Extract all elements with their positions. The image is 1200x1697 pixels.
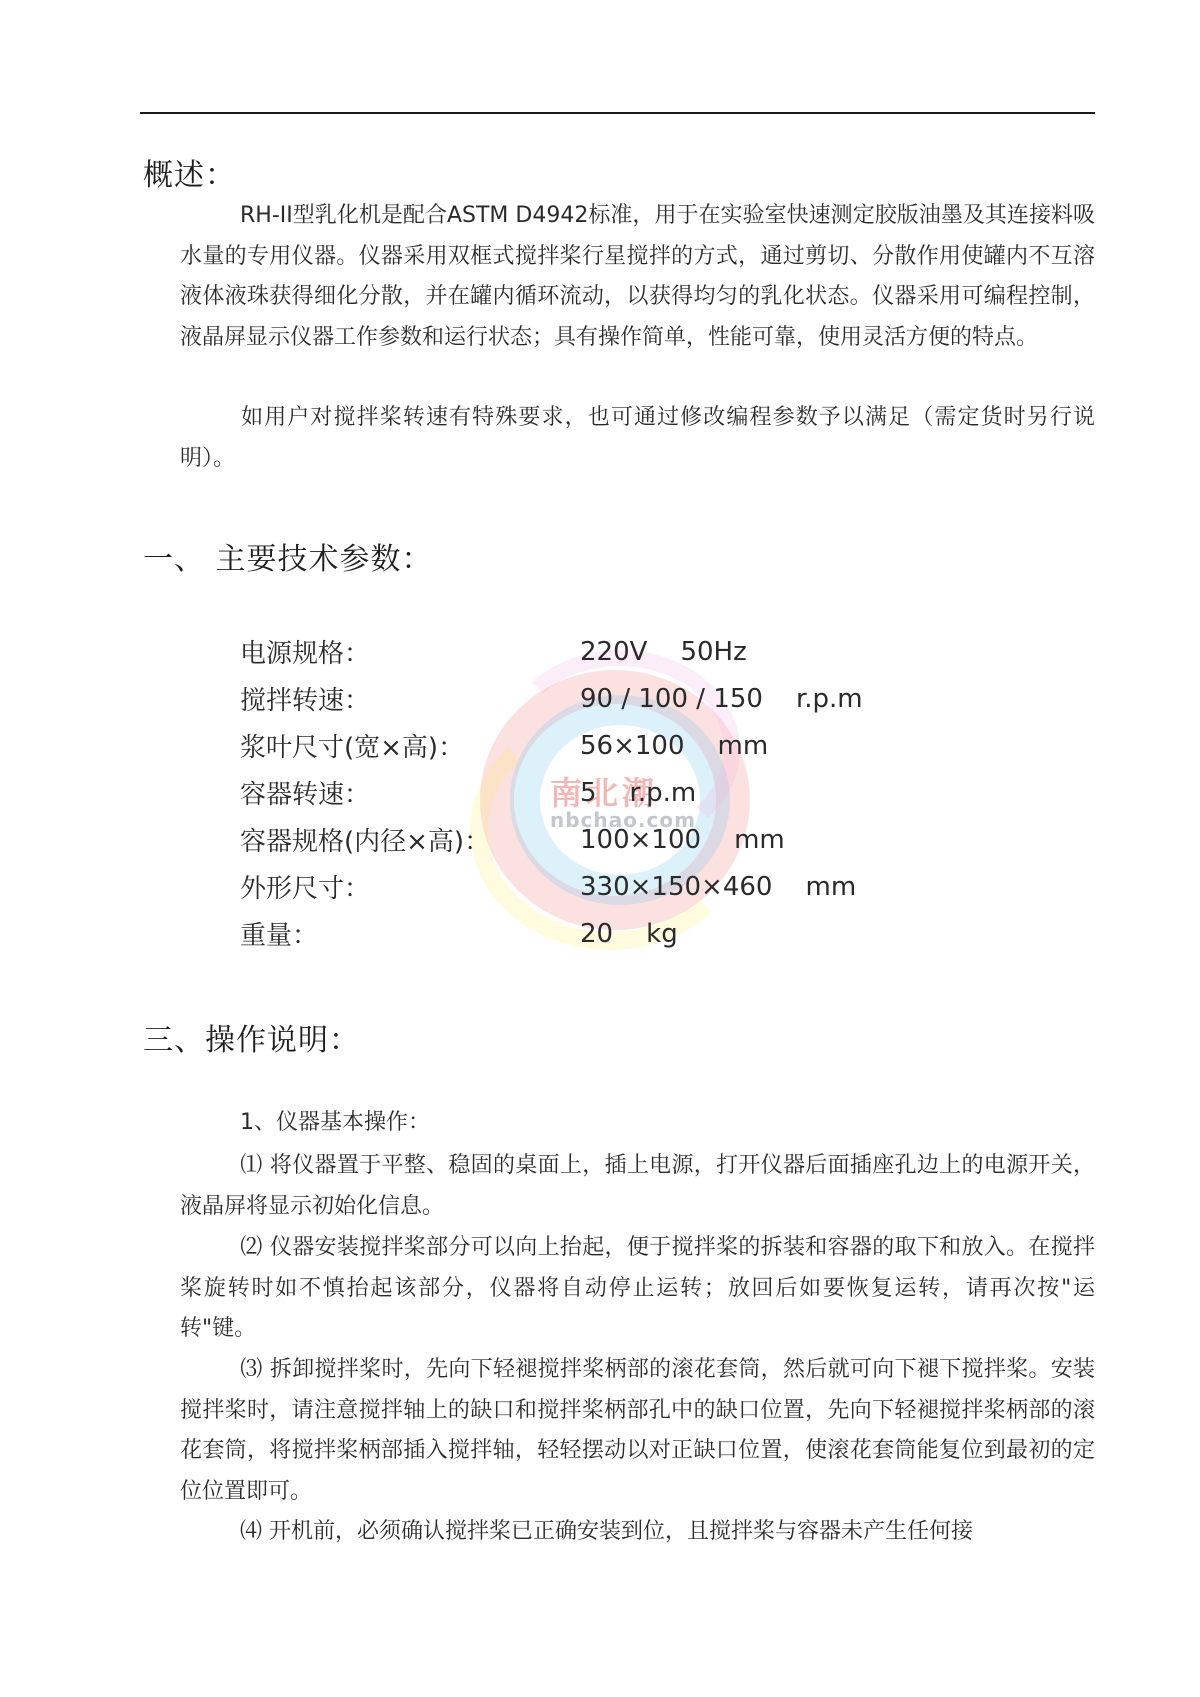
- overview-paragraph-1: RH-II型乳化机是配合ASTM D4942标准，用于在实验室快速测定胶版油墨及…: [180, 196, 1095, 358]
- operation-item-4: ⑷ 开机前，必须确认搅拌桨已正确安装到位，且搅拌桨与容器未产生任何接: [180, 1512, 1095, 1553]
- spec-row-power: 电源规格： 220V 50Hz: [240, 628, 940, 675]
- spec-row-container-size: 容器规格(内径×高)： 100×100 mm: [240, 816, 940, 863]
- spec-row-weight: 重量： 20 kg: [240, 910, 940, 957]
- spec-row-blade-size: 浆叶尺寸(宽×高)： 56×100 mm: [240, 722, 940, 769]
- spec-row-dimensions: 外形尺寸： 330×150×460 mm: [240, 863, 940, 910]
- overview-paragraph-2: 如用户对搅拌桨转速有特殊要求，也可通过修改编程参数予以满足（需定货时另行说明）。: [180, 398, 1095, 479]
- specs-table: 电源规格： 220V 50Hz 搅拌转速： 90 / 100 / 150 r.p…: [240, 628, 940, 957]
- spec-row-container-speed: 容器转速： 5 r.p.m: [240, 769, 940, 816]
- operation-subheading: 1、仪器基本操作：: [240, 1105, 430, 1136]
- operation-heading: 三、操作说明：: [143, 1015, 360, 1059]
- operation-item-1: ⑴ 将仪器置于平整、稳固的桌面上，插上电源，打开仪器后面插座孔边上的电源开关，液…: [180, 1146, 1095, 1227]
- overview-heading: 概述：: [143, 150, 236, 194]
- operation-item-2: ⑵ 仪器安装搅拌桨部分可以向上抬起，便于搅拌桨的拆装和容器的取下和放入。在搅拌桨…: [180, 1228, 1095, 1350]
- specs-heading: 一、 主要技术参数：: [143, 534, 433, 578]
- operation-item-3: ⑶ 拆卸搅拌桨时，先向下轻褪搅拌桨柄部的滚花套筒，然后就可向下褪下搅拌桨。安装搅…: [180, 1350, 1095, 1512]
- spec-row-stir-speed: 搅拌转速： 90 / 100 / 150 r.p.m: [240, 675, 940, 722]
- header-rule: [140, 112, 1095, 114]
